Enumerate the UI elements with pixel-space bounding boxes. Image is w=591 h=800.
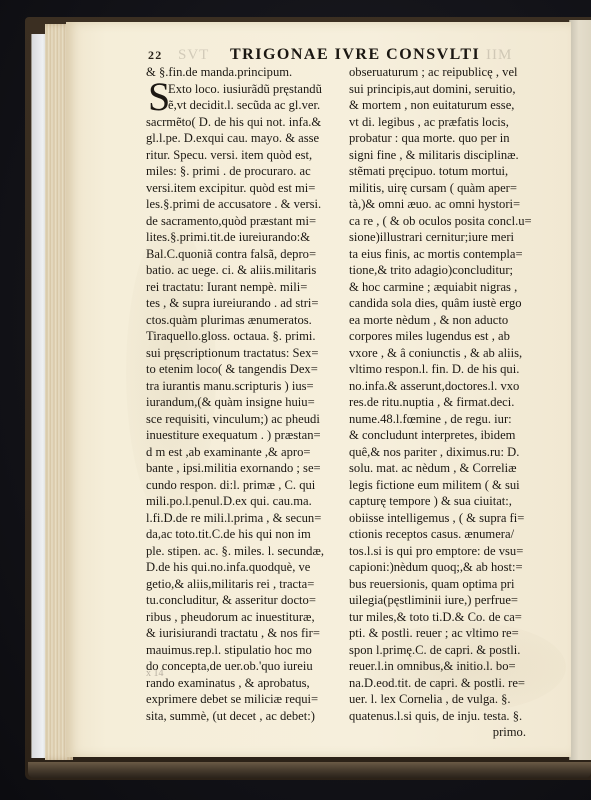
text-line: rando examinatus , & aprobatus, [146, 675, 346, 692]
text-line: tos.l.si is qui pro emptore: de vsu= [349, 543, 564, 560]
text-line: sce requisiti, vinculum;) ac pheudi [146, 411, 346, 428]
text-line: d m est ,ab examinante ,& apro= [146, 444, 346, 461]
text-line: ctos.quàm plurimas ænumeratos. [146, 312, 346, 329]
text-line: do concepta,de uer.ob.'quo iureiu [146, 658, 346, 675]
text-line: vxore , & â coniunctis , & ab aliis, [349, 345, 564, 362]
text-line: ple. stipen. ac. §. miles. l. secundæ, [146, 543, 346, 560]
text-line: nume.48.l.fœmine , de regu. iur: [349, 411, 564, 428]
text-line: Exto loco. iusiurãdũ pręstandũ [146, 81, 346, 98]
text-line: res.de ritu.nuptia , & firmat.deci. [349, 394, 564, 411]
text-line: & iurisiurandi tractatu , & nos fir= [146, 625, 346, 642]
text-line: sione)illustrari cernitur;iure meri [349, 229, 564, 246]
text-line: sacrmẽto( D. de his qui not. infa.& [146, 114, 346, 131]
text-line: Tiraquello.gloss. octaua. §. primi. [146, 328, 346, 345]
text-line: legis fictione eum militem ( & sui [349, 477, 564, 494]
text-line: mauimus.rep.l. stipulatio hoc mo [146, 642, 346, 659]
text-line: cundo respon. di:l. primæ , C. qui [146, 477, 346, 494]
text-line: bus reuersionis, quam optima pri [349, 576, 564, 593]
text-line: uer. l. lex Cornelia , de vulga. §. [349, 691, 564, 708]
text-line: bante , ipsi.militia exornando ; se= [146, 460, 346, 477]
text-line: obseruaturum ; ac reipublicę , vel [349, 64, 564, 81]
text-line: capturę tempore ) & sua ciuitat:, [349, 493, 564, 510]
text-line: les.§.primi de accusatore . & versi. [146, 196, 346, 213]
text-line: miles: §. primi . de procuraro. ac [146, 163, 346, 180]
text-line: quatenus.l.si quis, de inju. testa. §. [349, 708, 564, 725]
text-line: & hoc carmine ; æquiabit nigras , [349, 279, 564, 296]
text-line: da,ac toto.tit.C.de his qui non im [146, 526, 346, 543]
text-line: & §.fin.de manda.principum. [146, 64, 346, 81]
text-line: candida sola dies, quâm iustè ergo [349, 295, 564, 312]
show-through-text: IIM [486, 47, 512, 64]
text-line: capioni:)nèdum quoq;,& ab host:= [349, 559, 564, 576]
text-line: corpores miles lugendus est , ab [349, 328, 564, 345]
text-line: ritur. Specu. versi. item quòd est, [146, 147, 346, 164]
text-line: solu. mat. ac nèdum , & Correliæ [349, 460, 564, 477]
text-line: quê,& nos pariter , diximus.ru: D. [349, 444, 564, 461]
text-line: militis, uirę cursam ( quàm aper= [349, 180, 564, 197]
text-line: tra iurantis manu.scripturis ) ius= [146, 378, 346, 395]
text-line: signi fine , & militaris disciplinæ. [349, 147, 564, 164]
show-through-text: SVT [178, 47, 209, 64]
text-line: getio,& aliis,militaris rei , tracta= [146, 576, 346, 593]
text-line: to etenim loco( & tangendis Dex= [146, 361, 346, 378]
text-line: sui pręscriptionum tractatus: Sex= [146, 345, 346, 362]
text-line: spon l.primę.C. de capri. & postli. [349, 642, 564, 659]
text-line: gl.l.pe. D.exqui cau. mayo. & asse [146, 130, 346, 147]
running-head-title: TRIGONAE IVRE CONSVLTI [230, 46, 480, 64]
text-line: inuestiture exequatum . ) præstan= [146, 427, 346, 444]
text-line: ea morte nèdum , & non aducto [349, 312, 564, 329]
text-line: Bal.C.quoniã contra falsã, depro= [146, 246, 346, 263]
text-line: iurandum,(& quàm insigne huiu= [146, 394, 346, 411]
text-line: ribus , pheudorum ac inuestituræ, [146, 609, 346, 626]
text-line: probatur : qua morte. quo per in [349, 130, 564, 147]
left-text-column: & §.fin.de manda.principum. Exto loco. i… [146, 64, 346, 724]
text-line: uilegia(pęstliminii iure,) perfrue= [349, 592, 564, 609]
text-line: D.de his qui.no.infa.quodquè, ve [146, 559, 346, 576]
text-line: mili.po.l.penul.D.ex qui. cau.ma. [146, 493, 346, 510]
text-line: l.fi.D.de re mili.l.prima , & secun= [146, 510, 346, 527]
text-line: versi.item excipitur. quòd est mi= [146, 180, 346, 197]
facing-page-edge [569, 20, 591, 760]
text-line: & concludunt interpretes, ibidem [349, 427, 564, 444]
text-line: tu.concluditur, & asseritur docto= [146, 592, 346, 609]
text-line: tione,& trito adagio)concluditur; [349, 262, 564, 279]
text-line: ta eius finis, ac mortis contempla= [349, 246, 564, 263]
text-line: tes , & supra iureiurando . ad stri= [146, 295, 346, 312]
text-line: pti. & postli. reuer ; ac vltimo re= [349, 625, 564, 642]
text-line: na.D.eod.tit. de capri. & postli. re= [349, 675, 564, 692]
text-line: lites.§.primi.tit.de iureiurando:& [146, 229, 346, 246]
text-line: & mortem , non euitaturum esse, [349, 97, 564, 114]
text-line: ctionis receptos casus. ænumera/ [349, 526, 564, 543]
text-line: vt di. legibus , ac præfatis locis, [349, 114, 564, 131]
page-number: 22 [148, 48, 162, 63]
text-line: stẽmati pręcipuo. totum mortui, [349, 163, 564, 180]
text-line: ca re , ( & ob oculos posita concl.u= [349, 213, 564, 230]
text-line: rei tractatu: Iurant nempè. mili= [146, 279, 346, 296]
text-line: vltimo respon.l. fin. D. de his qui. [349, 361, 564, 378]
text-line: sui principis,aut domini, seruitio, [349, 81, 564, 98]
text-line: de sacramento,quòd præstant mi= [146, 213, 346, 230]
text-line: batio. ac uege. ci. & aliis.militaris [146, 262, 346, 279]
show-through-mark: x 14 [146, 668, 164, 679]
text-line: tà,)& omni æuo. ac omni hystori= [349, 196, 564, 213]
text-line: reuer.l.in omnibus,& initio.l. bo= [349, 658, 564, 675]
right-text-column: obseruaturum ; ac reipublicę , velsui pr… [349, 64, 564, 741]
text-line: tur miles,& toto ti.D.& Co. de ca= [349, 609, 564, 626]
text-line: ẽ,vt decidit.l. secũda ac gl.ver. [146, 97, 346, 114]
running-header: 22 SVT TRIGONAE IVRE CONSVLTI IIM [148, 46, 568, 64]
book-cover-bottom-edge [28, 762, 591, 778]
text-line: exprimere debet se miliciæ requi= [146, 691, 346, 708]
text-line-final: primo. [349, 724, 564, 741]
text-line: sita, summè, (ut decet , ac debet:) [146, 708, 346, 725]
text-line: no.infa.& asserunt,doctores.l. vxo [349, 378, 564, 395]
text-line: obiisse intelligemus , ( & supra fi= [349, 510, 564, 527]
